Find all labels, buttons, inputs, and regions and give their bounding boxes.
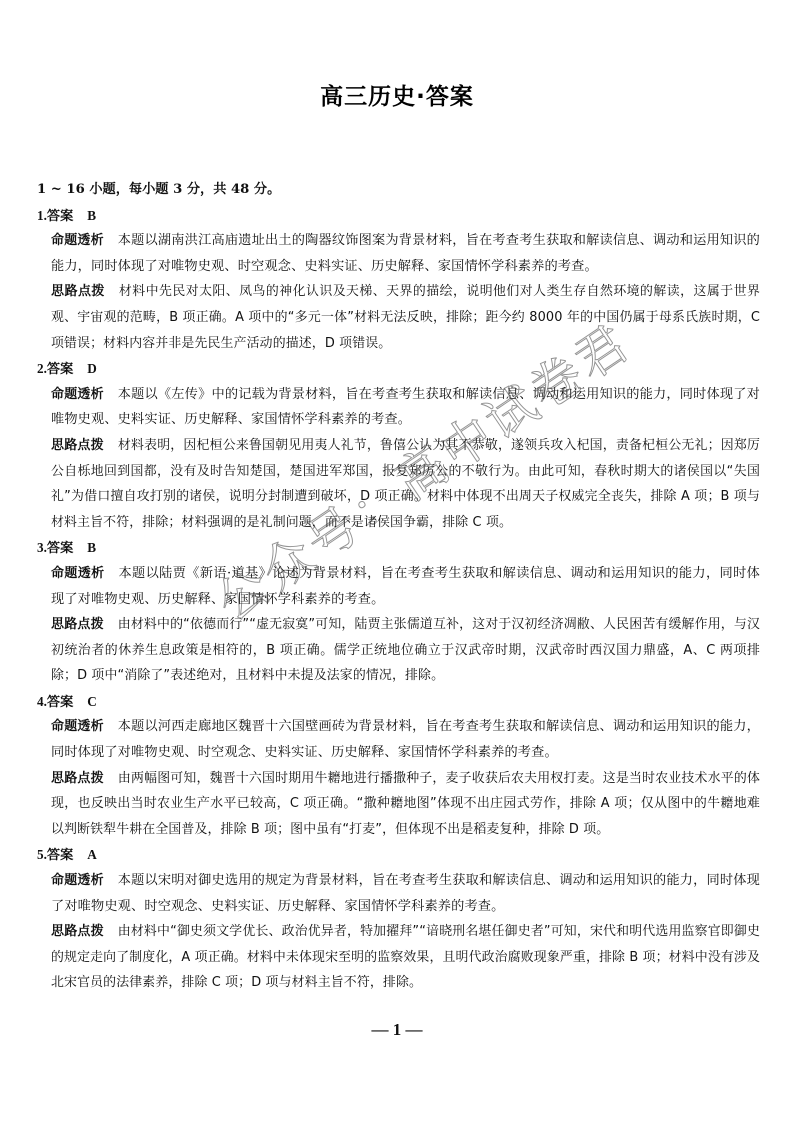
answer-label: 答案: [47, 695, 73, 710]
hint-label: 思路点拨: [51, 617, 104, 632]
question-5: 5.答案A 命题透析本题以宋明对御史选用的规定为背景材料，旨在考查考生获取和解读…: [37, 842, 760, 996]
page-number: — 1 —: [0, 1020, 794, 1040]
answer-key: D: [87, 361, 97, 376]
analysis-paragraph: 命题透析本题以《左传》中的记载为背景材料，旨在考查考生获取和解读信息、调动和运用…: [51, 382, 760, 433]
analysis-label: 命题透析: [51, 387, 104, 402]
analysis-label: 命题透析: [51, 719, 104, 734]
answer-key: B: [87, 540, 96, 555]
answer-content: 1 ~ 16 小题，每小题 3 分，共 48 分。 1.答案B 命题透析本题以湖…: [37, 177, 760, 996]
answer-label: 答案: [47, 209, 73, 224]
question-3: 3.答案B 命题透析本题以陆贾《新语·道基》论述为背景材料，旨在考查考生获取和解…: [37, 535, 760, 689]
answer-heading: 4.答案C: [37, 689, 760, 715]
analysis-label: 命题透析: [51, 873, 104, 888]
analysis-paragraph: 命题透析本题以宋明对御史选用的规定为背景材料，旨在考查考生获取和解读信息、调动和…: [51, 868, 760, 919]
hint-label: 思路点拨: [51, 438, 104, 453]
hint-text: 由材料中的“依德而行”“虚无寂寞”可知，陆贾主张儒道互补，这对于汉初经济凋敝、人…: [51, 617, 760, 683]
analysis-paragraph: 命题透析本题以陆贾《新语·道基》论述为背景材料，旨在考查考生获取和解读信息、调动…: [51, 561, 760, 612]
analysis-paragraph: 命题透析本题以河西走廊地区魏晋十六国壁画砖为背景材料，旨在考查考生获取和解读信息…: [51, 714, 760, 765]
answer-heading: 2.答案D: [37, 356, 760, 382]
answer-label: 答案: [47, 541, 73, 556]
question-number: 4.: [37, 694, 47, 709]
answer-heading: 1.答案B: [37, 203, 760, 229]
hint-text: 材料表明，因杞桓公来鲁国朝见用夷人礼节，鲁僖公认为其不恭敬，遂领兵攻入杞国，责备…: [51, 438, 760, 530]
hint-paragraph: 思路点拨材料中先民对太阳、凤鸟的神化认识及天梯、天界的描绘，说明他们对人类生存自…: [51, 279, 760, 356]
hint-label: 思路点拨: [51, 924, 104, 939]
answer-heading: 5.答案A: [37, 842, 760, 868]
hint-text: 由材料中“御史须文学优长、政治优异者，特加擢拜”“谙晓刑名堪任御史者”可知，宋代…: [51, 924, 760, 990]
answer-key: A: [87, 847, 97, 862]
answer-key: C: [87, 694, 97, 709]
analysis-text: 本题以湖南洪江高庙遗址出土的陶器纹饰图案为背景材料，旨在考查考生获取和解读信息、…: [51, 233, 760, 274]
hint-paragraph: 思路点拨由两幅图可知，魏晋十六国时期用牛耱地进行播撒种子，麦子收获后农夫用杈打麦…: [51, 766, 760, 843]
hint-text: 由两幅图可知，魏晋十六国时期用牛耱地进行播撒种子，麦子收获后农夫用杈打麦。这是当…: [51, 771, 760, 837]
analysis-paragraph: 命题透析本题以湖南洪江高庙遗址出土的陶器纹饰图案为背景材料，旨在考查考生获取和解…: [51, 228, 760, 279]
analysis-text: 本题以宋明对御史选用的规定为背景材料，旨在考查考生获取和解读信息、调动和运用知识…: [51, 873, 760, 914]
hint-label: 思路点拨: [51, 284, 105, 299]
analysis-text: 本题以《左传》中的记载为背景材料，旨在考查考生获取和解读信息、调动和运用知识的能…: [51, 387, 760, 428]
question-number: 2.: [37, 361, 47, 376]
question-1: 1.答案B 命题透析本题以湖南洪江高庙遗址出土的陶器纹饰图案为背景材料，旨在考查…: [37, 203, 760, 357]
analysis-text: 本题以陆贾《新语·道基》论述为背景材料，旨在考查考生获取和解读信息、调动和运用知…: [51, 566, 760, 607]
question-number: 5.: [37, 847, 47, 862]
hint-label: 思路点拨: [51, 771, 104, 786]
answer-heading: 3.答案B: [37, 535, 760, 561]
answer-key: B: [87, 208, 96, 223]
hint-paragraph: 思路点拨由材料中“御史须文学优长、政治优异者，特加擢拜”“谙晓刑名堪任御史者”可…: [51, 919, 760, 996]
analysis-label: 命题透析: [51, 566, 104, 581]
page-title: 高三历史·答案: [0, 78, 794, 111]
question-4: 4.答案C 命题透析本题以河西走廊地区魏晋十六国壁画砖为背景材料，旨在考查考生获…: [37, 689, 760, 843]
analysis-text: 本题以河西走廊地区魏晋十六国壁画砖为背景材料，旨在考查考生获取和解读信息、调动和…: [51, 719, 760, 760]
answer-label: 答案: [47, 362, 73, 377]
question-number: 1.: [37, 208, 47, 223]
answer-label: 答案: [47, 848, 73, 863]
analysis-label: 命题透析: [51, 233, 104, 248]
question-number: 3.: [37, 540, 47, 555]
section-intro: 1 ~ 16 小题，每小题 3 分，共 48 分。: [37, 177, 760, 203]
question-2: 2.答案D 命题透析本题以《左传》中的记载为背景材料，旨在考查考生获取和解读信息…: [37, 356, 760, 535]
hint-paragraph: 思路点拨材料表明，因杞桓公来鲁国朝见用夷人礼节，鲁僖公认为其不恭敬，遂领兵攻入杞…: [51, 433, 760, 535]
hint-text: 材料中先民对太阳、凤鸟的神化认识及天梯、天界的描绘，说明他们对人类生存自然环境的…: [51, 284, 760, 350]
hint-paragraph: 思路点拨由材料中的“依德而行”“虚无寂寞”可知，陆贾主张儒道互补，这对于汉初经济…: [51, 612, 760, 689]
